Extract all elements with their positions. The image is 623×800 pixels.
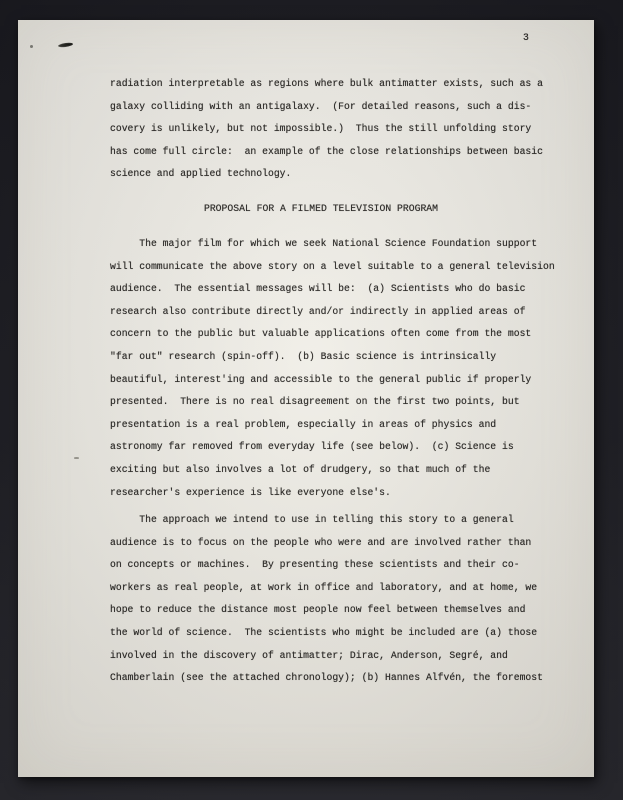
page-number: 3 [523,27,553,50]
section-heading: PROPOSAL FOR A FILMED TELEVISION PROGRAM [96,198,546,221]
ink-smudge [58,42,73,48]
ink-speck [74,457,79,459]
photo-background: 3 radiation interpretable as regions whe… [0,0,623,800]
document-page: 3 radiation interpretable as regions whe… [18,20,594,777]
body-paragraph: The approach we intend to use in telling… [110,509,564,690]
intro-paragraph: radiation interpretable as regions where… [110,73,564,186]
body-paragraph: The major film for which we seek Nationa… [110,233,564,504]
ink-speck [30,45,33,48]
